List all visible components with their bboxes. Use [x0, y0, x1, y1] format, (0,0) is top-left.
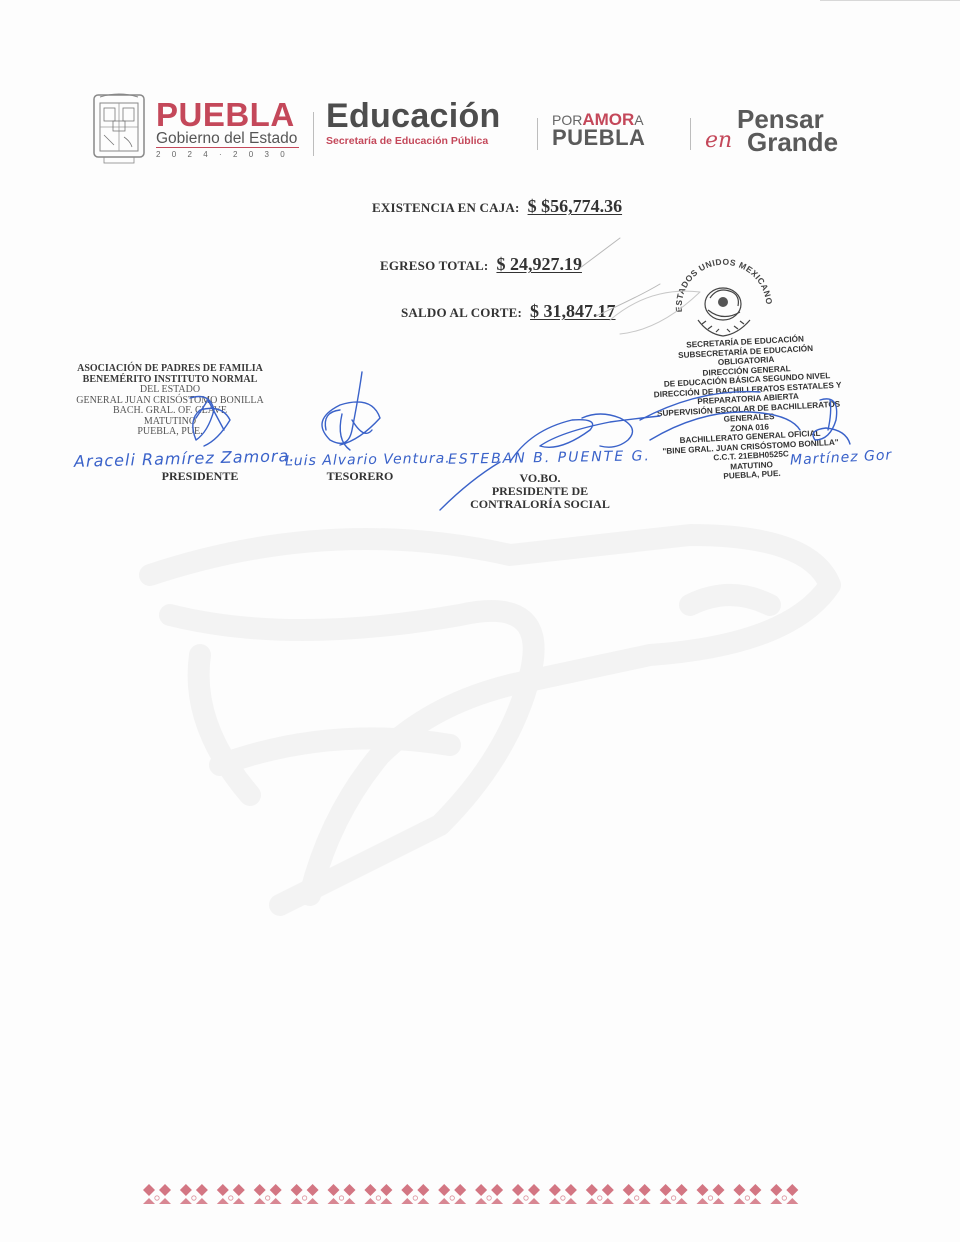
puebla-logo-subtitle: Gobierno del Estado: [156, 131, 299, 147]
contraloria-handwritten-name: ESTEBAN B. PUENTE G.: [448, 448, 651, 468]
parents-association-stamp: ASOCIACIÓN DE PADRES DE FAMILIA BENEMÉRI…: [60, 364, 280, 438]
assoc-line: DEL ESTADO: [60, 385, 280, 396]
existencia-value: $ $56,774.36: [528, 196, 623, 216]
pensar-en-grande-logo: Pensar en Grande: [705, 106, 865, 160]
slogan-word-en: en: [705, 128, 732, 154]
puebla-coat-of-arms-icon: [92, 93, 146, 165]
egreso-label: EGRESO TOTAL:: [380, 258, 488, 273]
existencia-label: EXISTENCIA EN CAJA:: [372, 200, 520, 215]
egreso-total-row: EGRESO TOTAL: $ 24,927.19: [380, 254, 582, 275]
presidente-role-label: PRESIDENTE: [140, 470, 260, 483]
saldo-value: $ 31,847.17: [530, 301, 616, 321]
education-logo-title: Educación: [326, 100, 501, 132]
logo-divider: [690, 118, 691, 150]
slogan-word-grande: Grande: [747, 129, 838, 155]
saldo-label: SALDO AL CORTE:: [401, 305, 522, 320]
existencia-en-caja-row: EXISTENCIA EN CAJA: $ $56,774.36: [372, 196, 622, 217]
role-line: CONTRALORÍA SOCIAL: [470, 498, 610, 511]
mexican-coat-of-arms-seal-icon: ESTADOS UNIDOS MEXICANOS: [668, 250, 778, 350]
assoc-line: PUEBLA, PUE.: [60, 427, 280, 438]
assoc-line: ASOCIACIÓN DE PADRES DE FAMILIA: [60, 364, 280, 375]
watermark-graphic: [130, 495, 850, 925]
por-amor-a-puebla-logo: PORAMORA PUEBLA: [552, 112, 645, 148]
assoc-line: BACH. GRAL. OF. CLAVE: [60, 406, 280, 417]
logo-divider: [313, 112, 314, 156]
saldo-al-corte-row: SALDO AL CORTE: $ 31,847.17: [401, 301, 616, 322]
contraloria-role-label: VO.BO. PRESIDENTE DE CONTRALORÍA SOCIAL: [470, 472, 610, 511]
presidente-handwritten-name: Araceli Ramírez Zamora.: [74, 446, 296, 471]
scan-edge-line: [820, 0, 960, 1]
tesorero-role-label: TESORERO: [300, 470, 420, 483]
campaign-logo-line2: PUEBLA: [552, 128, 645, 148]
puebla-logo-years: 2024·2030: [156, 147, 299, 160]
education-logo-subtitle: Secretaría de Educación Pública: [326, 134, 501, 148]
logo-divider: [537, 118, 538, 150]
tesorero-handwritten-name: Luis Alvario Ventura.: [285, 451, 451, 470]
decorative-footer-pattern: [143, 1183, 807, 1205]
puebla-government-logo: PUEBLA Gobierno del Estado 2024·2030: [156, 100, 299, 160]
education-logo: Educación Secretaría de Educación Públic…: [326, 100, 501, 148]
egreso-value: $ 24,927.19: [496, 254, 582, 274]
puebla-logo-title: PUEBLA: [156, 100, 299, 130]
